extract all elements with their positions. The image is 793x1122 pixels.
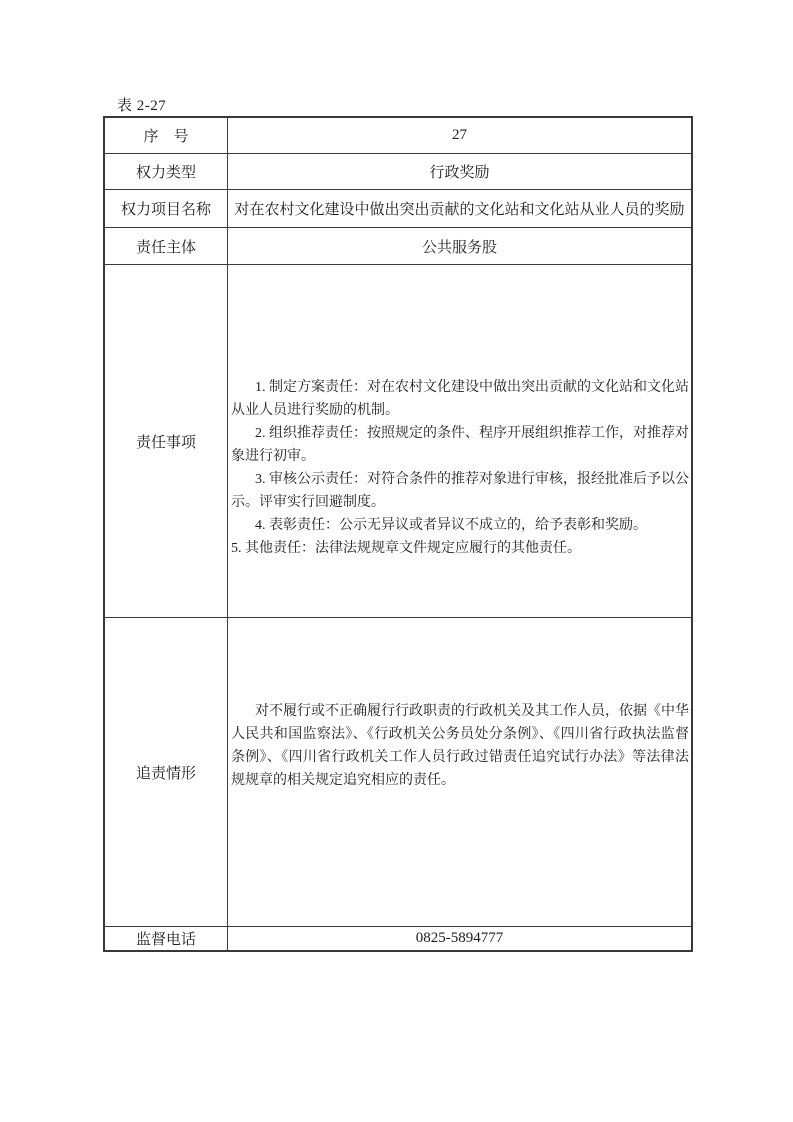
table-row-accountability: 追责情形 对不履行或不正确履行行政职责的行政机关及其工作人员，依据《中华人民共和… (105, 618, 691, 927)
power-item-table: 序 号 27 权力类型 行政奖励 权力项目名称 对在农村文化建设中做出突出贡献的… (103, 116, 693, 952)
duty-matters-content: 1. 制定方案责任：对在农村文化建设中做出突出贡献的文化站和文化站从业人员进行奖… (228, 265, 691, 617)
duty-matters-label: 责任事项 (105, 265, 228, 617)
supervision-phone-value: 0825-5894777 (228, 927, 691, 950)
table-row-responsible-body: 责任主体 公共服务股 (105, 228, 691, 265)
duty-paragraph-1: 1. 制定方案责任：对在农村文化建设中做出突出贡献的文化站和文化站从业人员进行奖… (231, 376, 689, 422)
table-row-power-item-name: 权力项目名称 对在农村文化建设中做出突出贡献的文化站和文化站从业人员的奖励 (105, 190, 691, 228)
accountability-content: 对不履行或不正确履行行政职责的行政机关及其工作人员，依据《中华人民共和国监察法》… (228, 618, 691, 926)
serial-number-label: 序 号 (105, 118, 228, 153)
supervision-phone-label: 监督电话 (105, 927, 228, 950)
table-row-serial-number: 序 号 27 (105, 118, 691, 154)
duty-paragraph-5: 5. 其他责任：法律法规规章文件规定应履行的其他责任。 (231, 537, 689, 560)
power-item-name-label: 权力项目名称 (105, 190, 228, 227)
table-row-supervision-phone: 监督电话 0825-5894777 (105, 927, 691, 950)
accountability-label: 追责情形 (105, 618, 228, 926)
table-caption: 表 2-27 (117, 94, 166, 115)
duty-paragraph-2: 2. 组织推荐责任：按照规定的条件、程序开展组织推荐工作，对推荐对象进行初审。 (231, 422, 689, 468)
table-row-power-type: 权力类型 行政奖励 (105, 154, 691, 190)
table-row-duty-matters: 责任事项 1. 制定方案责任：对在农村文化建设中做出突出贡献的文化站和文化站从业… (105, 265, 691, 618)
responsible-body-label: 责任主体 (105, 228, 228, 264)
power-type-value: 行政奖励 (228, 154, 691, 189)
duty-paragraph-4: 4. 表彰责任：公示无异议或者异议不成立的，给予表彰和奖励。 (231, 514, 689, 537)
serial-number-value: 27 (228, 118, 691, 153)
duty-paragraph-3: 3. 审核公示责任：对符合条件的推荐对象进行审核，报经批准后予以公示。评审实行回… (231, 468, 689, 514)
power-item-name-value: 对在农村文化建设中做出突出贡献的文化站和文化站从业人员的奖励 (228, 190, 691, 227)
accountability-paragraph: 对不履行或不正确履行行政职责的行政机关及其工作人员，依据《中华人民共和国监察法》… (231, 700, 689, 792)
power-type-label: 权力类型 (105, 154, 228, 189)
responsible-body-value: 公共服务股 (228, 228, 691, 264)
